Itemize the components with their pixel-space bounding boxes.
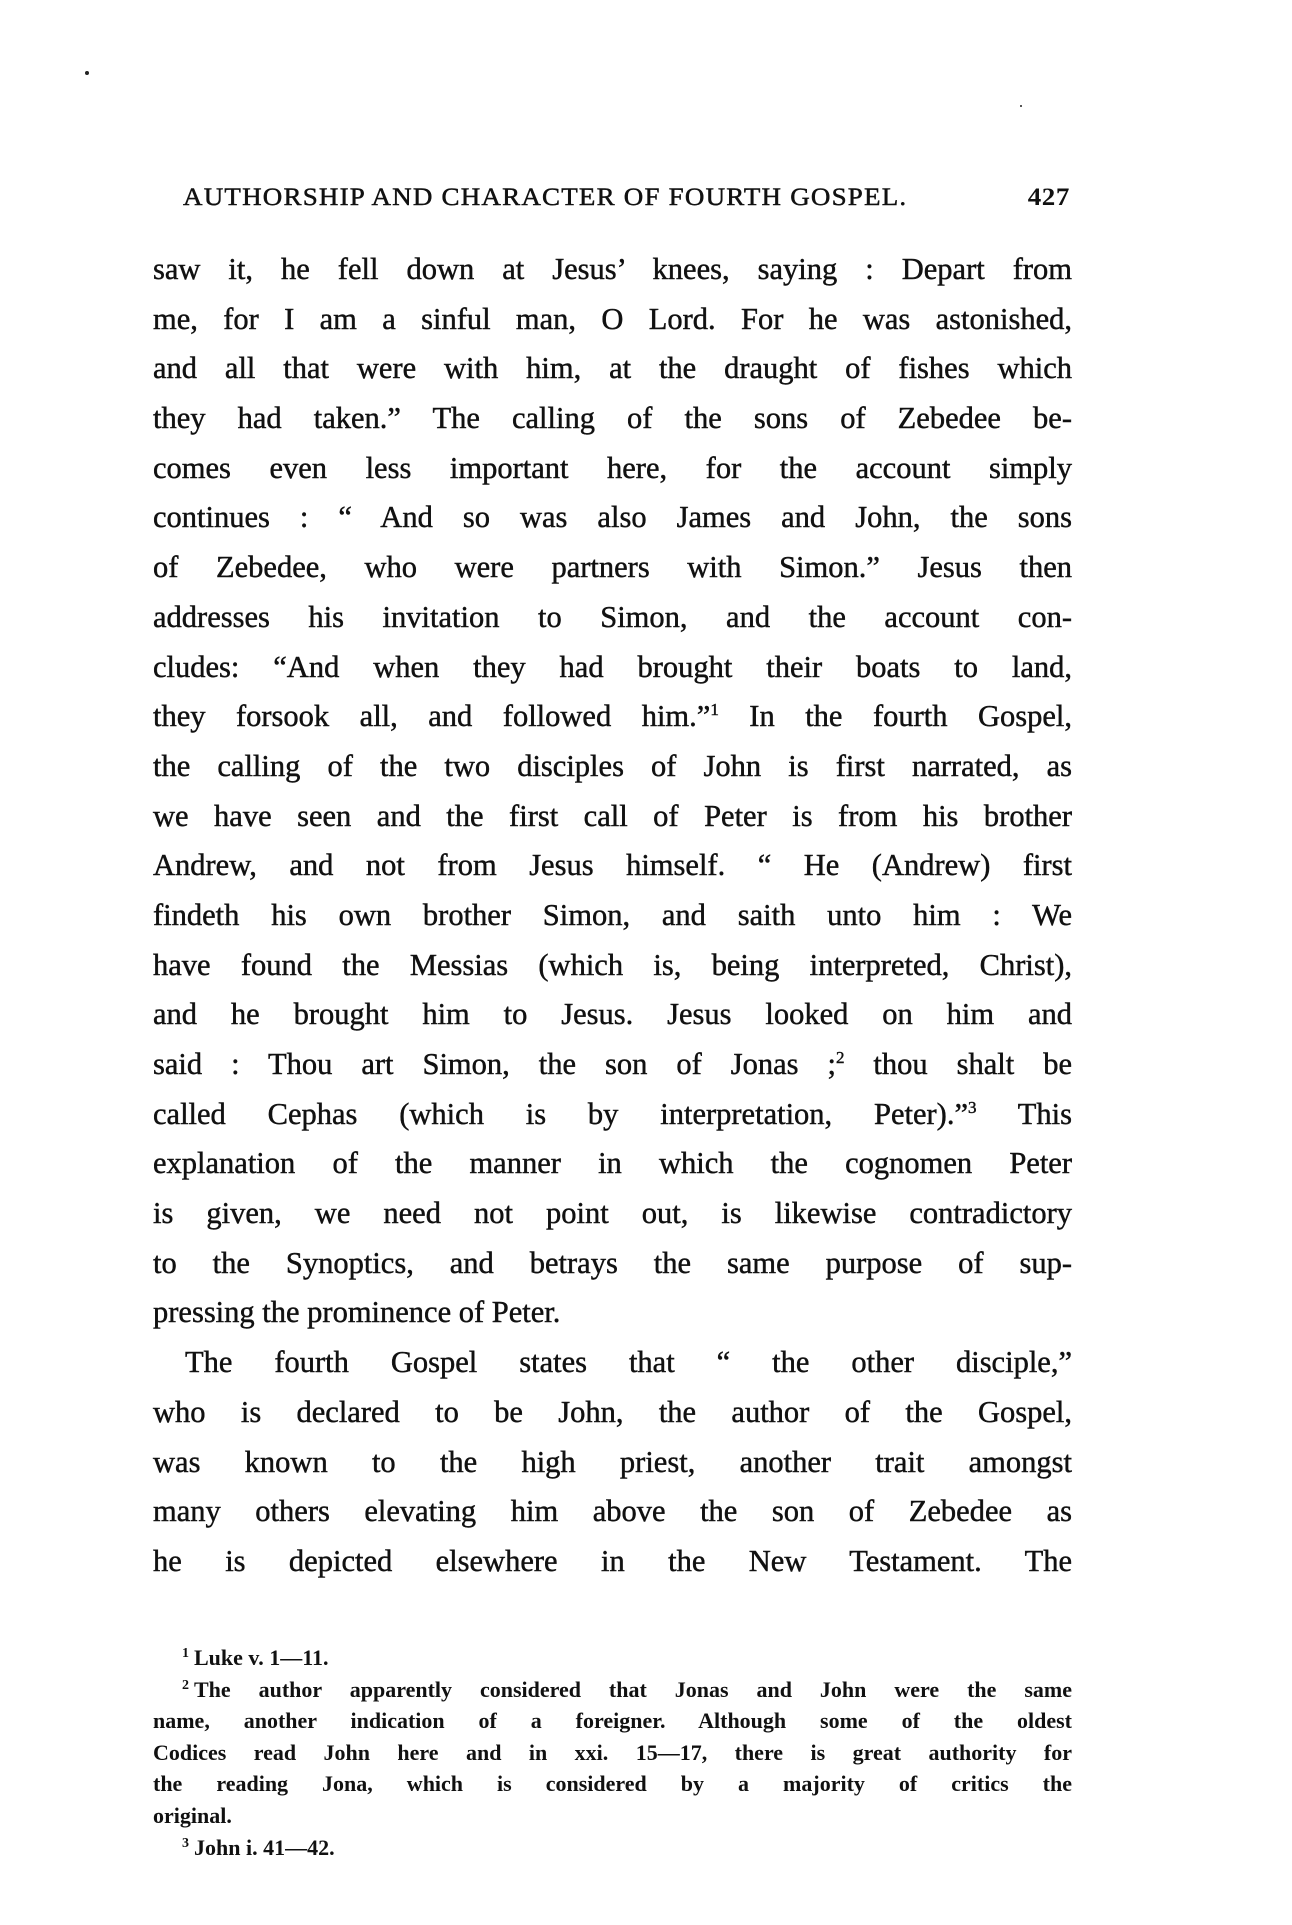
footnote-text: Luke v. 1—11.	[194, 1645, 328, 1670]
text-line: me, for I am a sinful man, O Lord. For h…	[153, 295, 1072, 345]
text-line: called Cephas (which is by interpretatio…	[153, 1090, 1072, 1140]
text-line: addresses his invitation to Simon, and t…	[153, 593, 1072, 643]
text-segment: said : Thou art Simon, the son of Jonas …	[153, 1047, 836, 1081]
footnote-2: 2The author apparently considered that J…	[153, 1674, 1072, 1706]
text-line: comes even less important here, for the …	[153, 444, 1072, 494]
paragraph-1: saw it, he fell down at Jesus’ knees, sa…	[153, 245, 1072, 1338]
text-segment: thou shalt be	[844, 1047, 1072, 1081]
text-segment: This	[976, 1097, 1072, 1131]
text-line: the calling of the two disciples of John…	[153, 742, 1072, 792]
text-line: have found the Messias (which is, being …	[153, 941, 1072, 991]
footnote-2-line: Codices read John here and in xxi. 15—17…	[153, 1737, 1072, 1769]
running-head: Authorship and Character of Fourth Gospe…	[183, 183, 1072, 211]
text-line: is given, we need not point out, is like…	[153, 1189, 1072, 1239]
text-line: explanation of the manner in which the c…	[153, 1139, 1072, 1189]
text-line: he is depicted elsewhere in the New Test…	[153, 1537, 1072, 1587]
text-line: findeth his own brother Simon, and saith…	[153, 891, 1072, 941]
footnotes: 1Luke v. 1—11. 2The author apparently co…	[153, 1642, 1072, 1863]
text-line: of Zebedee, who were partners with Simon…	[153, 543, 1072, 593]
text-line: to the Synoptics, and betrays the same p…	[153, 1239, 1072, 1289]
footnote-3: 3John i. 41—42.	[153, 1832, 1072, 1864]
footnote-mark: 1	[182, 1646, 189, 1661]
text-segment: they forsook all, and followed him.”	[153, 699, 710, 733]
text-line: and he brought him to Jesus. Jesus looke…	[153, 990, 1072, 1040]
text-line: we have seen and the first call of Peter…	[153, 792, 1072, 842]
text-line: who is declared to be John, the author o…	[153, 1388, 1072, 1438]
scan-speck	[85, 71, 89, 75]
text-line: cludes: “And when they had brought their…	[153, 643, 1072, 693]
paragraph-2: The fourth Gospel states that “ the othe…	[153, 1338, 1072, 1586]
text-line: many others elevating him above the son …	[153, 1487, 1072, 1537]
text-segment: In the fourth Gospel,	[719, 699, 1072, 733]
page-number: 427	[1028, 183, 1070, 211]
footnote-mark: 2	[182, 1678, 189, 1693]
text-line: they forsook all, and followed him.”1 In…	[153, 692, 1072, 742]
footnote-1: 1Luke v. 1—11.	[153, 1642, 1072, 1674]
text-line: was known to the high priest, another tr…	[153, 1438, 1072, 1488]
scan-speck	[1020, 105, 1022, 107]
footnote-reference-1[interactable]: 1	[710, 700, 719, 719]
footnote-2-line: original.	[153, 1800, 1072, 1832]
text-line: pressing the prominence of Peter.	[153, 1288, 1072, 1338]
footnote-text: The author apparently considered that Jo…	[194, 1677, 1072, 1702]
text-segment: called Cephas (which is by interpretatio…	[153, 1097, 968, 1131]
running-head-title: Authorship and Character of Fourth Gospe…	[183, 183, 907, 211]
text-line: continues : “ And so was also James and …	[153, 493, 1072, 543]
text-line: and all that were with him, at the draug…	[153, 344, 1072, 394]
text-line: saw it, he fell down at Jesus’ knees, sa…	[153, 245, 1072, 295]
text-line: Andrew, and not from Jesus himself. “ He…	[153, 841, 1072, 891]
text-line: said : Thou art Simon, the son of Jonas …	[153, 1040, 1072, 1090]
footnote-mark: 3	[182, 1836, 189, 1851]
footnote-2-line: the reading Jona, which is considered by…	[153, 1768, 1072, 1800]
footnote-2-line: name, another indication of a foreigner.…	[153, 1705, 1072, 1737]
text-line: they had taken.” The calling of the sons…	[153, 394, 1072, 444]
footnote-text: John i. 41—42.	[194, 1835, 335, 1860]
text-line: The fourth Gospel states that “ the othe…	[153, 1338, 1072, 1388]
body-text: saw it, he fell down at Jesus’ knees, sa…	[153, 245, 1072, 1587]
